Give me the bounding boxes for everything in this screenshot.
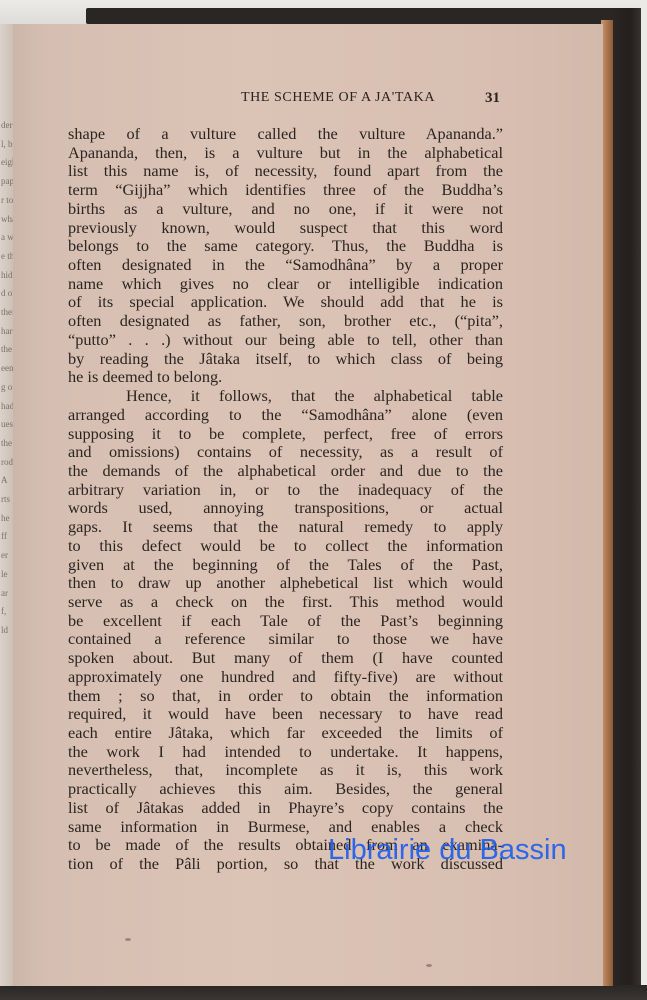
bleed-fragment: he xyxy=(1,509,12,528)
bleed-fragment: thei xyxy=(1,303,12,322)
bleed-fragment: a wa xyxy=(1,228,12,247)
bleed-fragment: hare xyxy=(1,322,12,341)
text-line: previously known, would suspect that thi… xyxy=(68,219,503,238)
bleed-fragment: r to xyxy=(1,191,12,210)
scan-background-right xyxy=(641,0,647,1000)
text-line: given at the beginning of the Tales of t… xyxy=(68,556,503,575)
text-line: each entire Jâtaka, which far exceeded t… xyxy=(68,724,503,743)
page-number: 31 xyxy=(485,90,500,107)
bleed-fragment: hid xyxy=(1,266,12,285)
text-line: spoken about. But many of them (I have c… xyxy=(68,649,503,668)
bleed-fragment: ues xyxy=(1,415,12,434)
text-line: often designated as father, son, brother… xyxy=(68,312,503,331)
text-line: Apananda, then, is a vulture but in the … xyxy=(68,144,503,163)
text-line: approximately one hundred and fifty-five… xyxy=(68,668,503,687)
previous-page-edge: derl, beighpapr towhaa wae thhidd ofthei… xyxy=(0,24,13,986)
bleed-fragment: rod xyxy=(1,453,12,472)
text-line: term “Gijjha” which identifies three of … xyxy=(68,181,503,200)
text-line: by reading the Jâtaka itself, to which c… xyxy=(68,350,503,369)
bleed-fragment: een xyxy=(1,359,12,378)
text-line: practically achieves this aim. Besides, … xyxy=(68,780,503,799)
text-line: name which gives no clear or intelligibl… xyxy=(68,275,503,294)
text-line: Hence, it follows, that the alphabetical… xyxy=(68,387,503,406)
bleed-fragment: ld xyxy=(1,621,12,640)
book-cover-bottom-edge xyxy=(0,985,647,1000)
book-cover-top-edge xyxy=(86,8,642,24)
bleed-fragment: rts xyxy=(1,490,12,509)
text-line: arranged according to the “Samodhâna” al… xyxy=(68,406,503,425)
text-line: the work I had intended to undertake. It… xyxy=(68,743,503,762)
text-line: list this name is, of necessity, found a… xyxy=(68,162,503,181)
text-line: list of Jâtakas added in Phayre’s copy c… xyxy=(68,799,503,818)
bleed-fragment: had xyxy=(1,397,12,416)
text-line: contained a reference similar to those w… xyxy=(68,630,503,649)
paper-speck xyxy=(426,964,432,967)
text-line: arbitrary variation in, or to the inadeq… xyxy=(68,481,503,500)
bleed-fragment: pap xyxy=(1,172,12,191)
bleed-fragment: der xyxy=(1,116,12,135)
text-line: the demands of the alphabetical order an… xyxy=(68,462,503,481)
text-line: supposing it to be complete, perfect, fr… xyxy=(68,425,503,444)
running-head: THE SCHEME OF A JA'TAKA xyxy=(13,90,603,106)
bleed-fragment: the xyxy=(1,434,12,453)
body-text: shape of a vulture called the vulture Ap… xyxy=(68,125,503,874)
text-line: words used, annoying transpositions, or … xyxy=(68,499,503,518)
bleed-fragment: eigh xyxy=(1,153,12,172)
text-line: nevertheless, that, incomplete as it is,… xyxy=(68,761,503,780)
text-line: then to draw up another alphebetical lis… xyxy=(68,574,503,593)
running-head-title: THE SCHEME OF A JA'TAKA xyxy=(241,90,435,106)
text-line: be excellent if each Tale of the Past’s … xyxy=(68,612,503,631)
paper-speck xyxy=(125,938,131,941)
bleed-fragment: d of xyxy=(1,284,12,303)
text-line: belongs to the same category. Thus, the … xyxy=(68,237,503,256)
text-line: often designated in the “Samodhâna” by a… xyxy=(68,256,503,275)
watermark: Librairie du Bassin xyxy=(328,834,567,867)
book-cover-right-edge xyxy=(612,8,642,1000)
bleed-fragment: ar xyxy=(1,584,12,603)
text-line: he is deemed to belong. xyxy=(68,368,503,387)
text-line: of its special application. We should ad… xyxy=(68,293,503,312)
bleed-fragment: le xyxy=(1,565,12,584)
bleed-fragment: er xyxy=(1,546,12,565)
bleed-fragment: ff xyxy=(1,527,12,546)
bleed-fragment: A xyxy=(1,471,12,490)
bleed-fragment: g of xyxy=(1,378,12,397)
text-line: gaps. It seems that the natural remedy t… xyxy=(68,518,503,537)
text-line: required, it would have been necessary t… xyxy=(68,705,503,724)
text-line: serve as a check on the first. This meth… xyxy=(68,593,503,612)
bleed-fragment: the xyxy=(1,340,12,359)
text-line: and omissions) contains of necessity, as… xyxy=(68,443,503,462)
bleed-fragment: e th xyxy=(1,247,12,266)
text-line: them ; so that, in order to obtain the i… xyxy=(68,687,503,706)
bleed-fragment: wha xyxy=(1,210,12,229)
bleed-fragment: f, xyxy=(1,602,12,621)
text-line: “putto” . . .) without our being able to… xyxy=(68,331,503,350)
text-line: births as a vulture, and no one, if it w… xyxy=(68,200,503,219)
bleed-fragment: l, b xyxy=(1,135,12,154)
text-line: to this defect would be to collect the i… xyxy=(68,537,503,556)
previous-page-bleed-text: derl, beighpapr towhaa wae thhidd ofthei… xyxy=(1,116,12,640)
text-line: shape of a vulture called the vulture Ap… xyxy=(68,125,503,144)
